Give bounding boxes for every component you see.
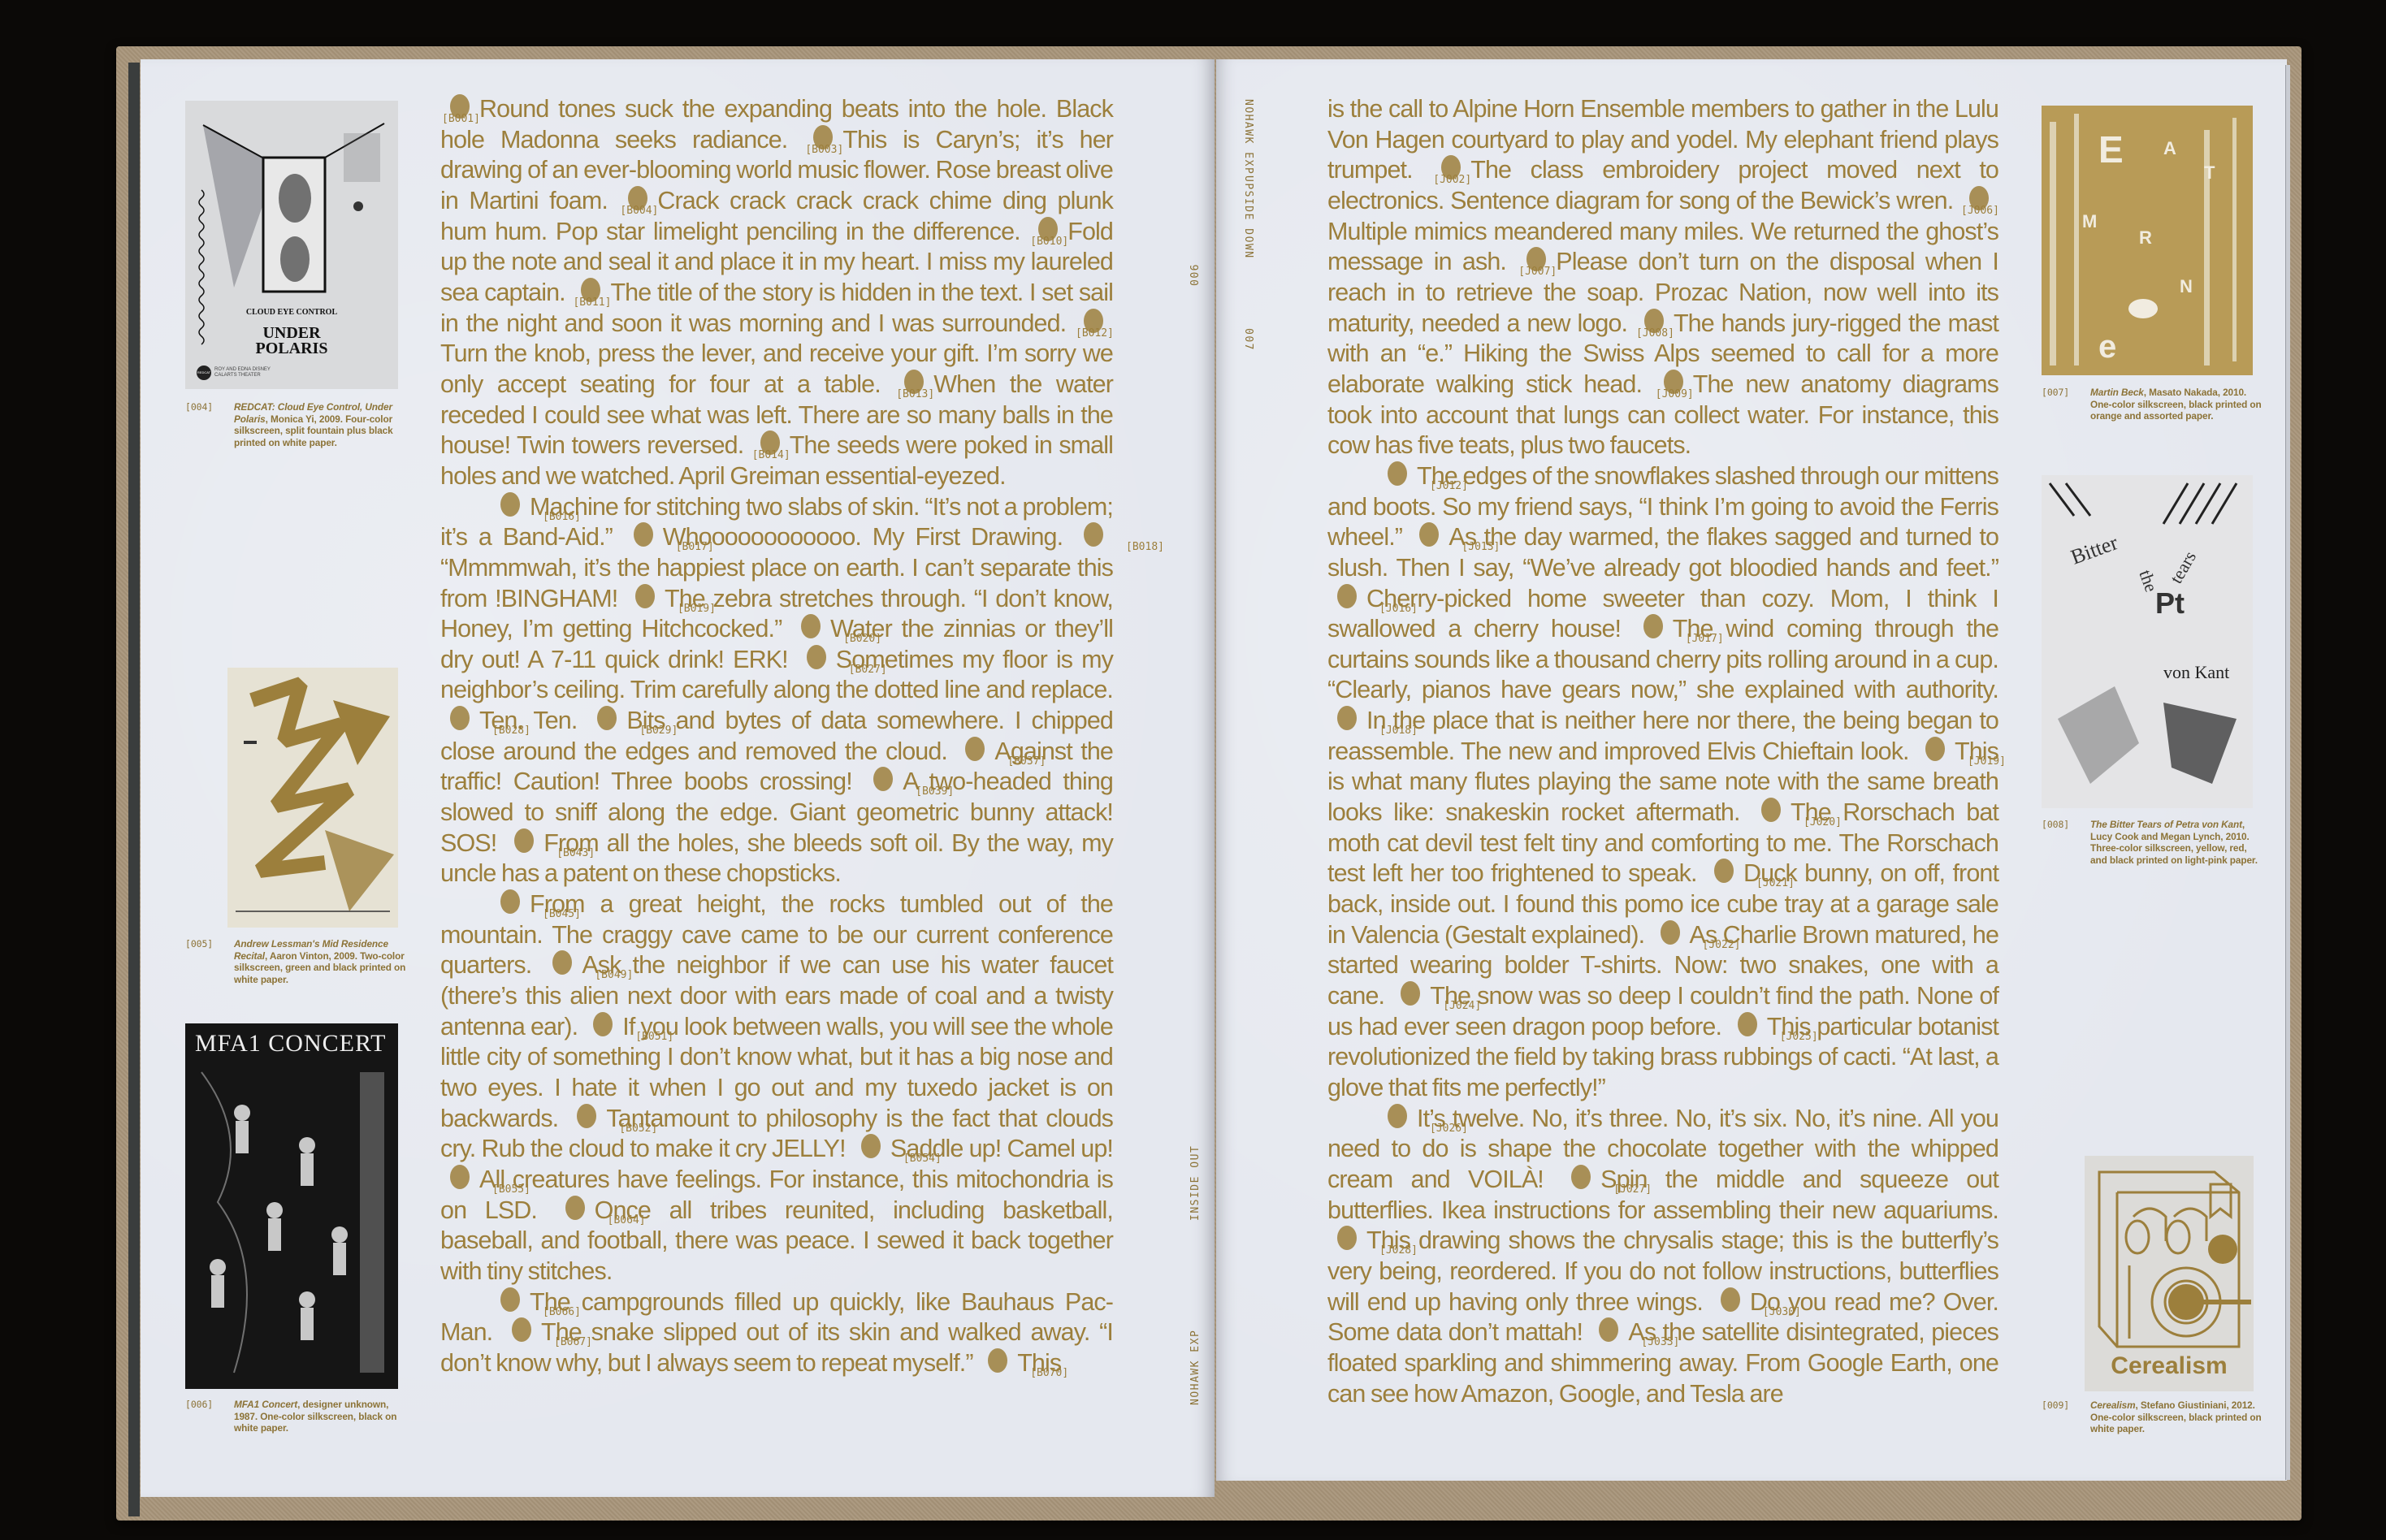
ornament-icon: [B019] [627,587,660,610]
running-head-upside-down: UPSIDE DOWN [1242,175,1254,259]
ornament-icon: [J008] [1636,312,1669,335]
ornament-code: [B049] [544,960,633,991]
ornament-icon: [J030] [1713,1291,1745,1313]
ornament-icon: [B055] [442,1168,474,1191]
ornament-code: [J025] [1730,1022,1818,1053]
ornament-icon: [J007] [1518,250,1551,273]
ornament-code: [B037] [957,746,1046,777]
ornament-icon: [J017] [1635,617,1668,640]
figure-006-image: MFA1 CONCERT [185,1023,398,1389]
ornament-icon: [J020] [1753,801,1786,824]
ornament-icon: [J026] [1379,1107,1412,1130]
ornament-code: [J009] [1656,379,1694,410]
ornament-code: [J006] [1961,196,1999,227]
ornament-code: [B043] [506,838,595,869]
figure-006-caption: [006] MFA1 Concert, designer unknown, 19… [185,1399,413,1439]
ornament-code: [J027] [1563,1174,1652,1205]
ornament-icon: [J016] [1329,587,1362,610]
ornament-icon: [B028] [442,709,474,732]
body-sentence: The class embroidery project moved next … [1327,156,1998,214]
ornament-icon: [B003] [805,128,838,151]
poster-line1: CLOUD EYE CONTROL [185,308,398,317]
poster-mfa1-concert-icon [185,1023,398,1389]
paragraph: [B045]From a great height, the rocks tum… [440,889,1113,1287]
svg-text:N: N [2180,276,2193,296]
ornament-code: [B055] [442,1174,530,1205]
running-head-inside-out: INSIDE OUT [1189,1145,1202,1221]
ornament-code: [B014] [752,440,790,471]
figure-number: [005] [185,938,213,950]
figure-009-image: Cerealism [2085,1156,2254,1391]
figure-title: Cerealism [2090,1399,2136,1411]
poster-recital-icon [227,668,398,928]
ornament-code: [B067] [504,1327,592,1358]
ornament-code: [J028] [1329,1235,1418,1266]
ornament-icon: [B004] [620,189,652,212]
svg-text:Pt: Pt [2155,586,2185,620]
poster-badge: REDCAT [197,366,211,380]
ornament-code: [B064] [557,1205,646,1236]
figure-number: [008] [2042,819,2069,831]
ornament-code: [B016] [492,502,581,533]
svg-text:R: R [2139,227,2152,248]
ornament-code: [J020] [1753,807,1842,838]
ornament-code: [B027] [799,655,887,686]
ornament-code: [B051] [585,1022,673,1053]
folio-left: 006 [1189,263,1202,286]
ornament-code: [J033] [1591,1327,1679,1358]
ornament-code: [B039] [865,776,954,807]
ornament-code: [B045] [492,899,581,930]
ornament-code: [B003] [805,135,843,166]
ornament-icon: [B067] [504,1321,536,1343]
poster-title: MFA1 CONCERT [195,1030,387,1058]
ornament-code: [B054] [853,1144,942,1174]
ornament-code: [B011] [573,288,611,318]
ornament-icon: [B064] [557,1199,590,1222]
page-edge [2285,65,2290,1480]
ornament-icon: [B016] [492,495,525,518]
body-sentence: Whoooooooooooo. My First Drawing. [663,523,1063,551]
ornament-icon: [J002] [1433,158,1466,181]
body-sentence: Once all tribes reunited, including bask… [440,1196,1113,1285]
ornament-icon: [B001] [442,97,474,120]
ornament-code: [B052] [569,1114,657,1144]
ornament-icon: [J018] [1329,709,1362,732]
ornament-icon: [B011] [573,281,605,304]
paragraph: [J012]The edges of the snowflakes slashe… [1327,461,1998,1104]
ornament-code: [J024] [1392,991,1481,1022]
figure-005-image [227,668,398,928]
ornament-icon: [B039] [865,770,898,793]
ornament-icon: [J006] [1961,189,1994,212]
ornament-code: [J012] [1379,471,1468,502]
ornament-icon: [J022] [1652,924,1685,946]
paragraph: [B016]Machine for stitching two slabs of… [440,492,1113,890]
ornament-icon: [B066] [492,1291,525,1313]
ornament-icon: [B014] [752,434,785,456]
running-head-nohawk-left: NOHAWK EXP [1189,1330,1202,1405]
ornament-icon: [B012] [1076,312,1108,335]
ornament-icon: [B045] [492,893,525,915]
poster-bitter-tears-icon: Bitter the Pt tears von Kant [2042,475,2253,808]
poster-martin-beck-icon: E A T M R N e [2042,106,2253,375]
ornament-code: [B017] [626,532,714,563]
ornament-icon: [J009] [1656,373,1688,396]
ornament-icon: [B054] [853,1137,886,1160]
ornament-code: [B013] [896,379,934,410]
ornament-icon: [B051] [585,1015,617,1038]
ornament-code: [J002] [1433,165,1471,196]
figure-title: The Bitter Tears of Petra von Kant [2090,819,2242,830]
svg-text:e: e [2098,329,2116,365]
poster-line3: POLARIS [185,340,398,357]
svg-text:A: A [2163,138,2176,158]
figure-004-caption: [004] REDCAT: Cloud Eye Control, Under P… [185,401,413,450]
ornament-icon: [B043] [506,832,539,854]
ornament-icon: [B010] [1030,220,1063,243]
ornament-code: [J021] [1706,868,1795,899]
ornament-code: [B010] [1030,227,1068,257]
ornament-code: [B004] [620,196,658,227]
ornament-code: [B018] [1076,532,1164,563]
ornament-code: [B028] [442,716,530,746]
figure-title: Martin Beck [2090,387,2144,398]
ornament-code: [J017] [1635,624,1724,655]
ornament-code: [J008] [1636,318,1674,349]
svg-text:E: E [2098,128,2124,171]
ornament-code: [J007] [1518,257,1557,288]
body-sentence: In the place that is neither here nor th… [1327,707,1998,765]
figure-009-caption: [009] Cerealism, Stefano Giustiniani, 20… [2042,1399,2269,1440]
ornament-icon: [J021] [1706,862,1739,885]
folio-right: 007 [1242,328,1254,351]
ornament-icon: [B017] [626,526,658,548]
ornament-code: [B019] [627,594,716,625]
ornament-icon: [B020] [793,617,825,640]
ornament-code: [B012] [1076,318,1114,349]
figure-004-image: CLOUD EYE CONTROL UNDER POLARIS REDCAT R… [185,101,398,389]
figure-number: [007] [2042,387,2069,399]
figure-number: [004] [185,401,213,413]
svg-text:M: M [2082,211,2097,231]
ornament-icon: [J019] [1917,740,1950,763]
figure-number: [006] [185,1399,213,1411]
ornament-icon: [J024] [1392,984,1425,1007]
ornament-icon: [J027] [1563,1168,1596,1191]
paragraph: [J026]It’s twelve. No, it’s three. No, i… [1327,1104,1998,1410]
figure-number: [009] [2042,1399,2069,1412]
figure-008-caption: [008] The Bitter Tears of Petra von Kant… [2042,819,2269,867]
right-body-text: is the call to Alpine Horn Ensemble memb… [1327,94,1998,1451]
figure-008-image: Bitter the Pt tears von Kant [2042,475,2253,808]
paragraph: [B001]Round tones suck the expanding bea… [440,94,1113,492]
ornament-code: [J026] [1379,1114,1468,1144]
endband [128,63,140,1516]
ornament-icon: [J012] [1379,465,1412,487]
ornament-code: [J022] [1652,930,1741,961]
ornament-icon: [J013] [1411,526,1444,548]
figure-005-caption: [005] Andrew Lessman's Mid Residence Rec… [185,938,413,987]
ornament-icon: [B049] [544,954,577,976]
svg-text:von Kant: von Kant [2163,662,2229,682]
poster-title: Cerealism [2085,1352,2254,1380]
figure-title: MFA1 Concert [234,1399,297,1410]
poster-footer: ROY AND EDNA DISNEY CALARTS THEATER [214,367,271,379]
svg-text:T: T [2204,162,2215,183]
ornament-icon: [J025] [1730,1015,1762,1038]
ornament-code: [B001] [442,104,480,135]
ornament-icon: [B027] [799,648,831,671]
ornament-icon: [B029] [589,709,621,732]
ornament-icon: [B070] [980,1352,1012,1374]
ornament-icon: [B037] [957,740,989,763]
ornament-icon: [B013] [896,373,929,396]
ornament-icon: [B052] [569,1107,601,1130]
paragraph: is the call to Alpine Horn Ensemble memb… [1327,94,1998,461]
figure-007-caption: [007] Martin Beck, Masato Nakada, 2010. … [2042,387,2269,427]
ornament-code: [J018] [1329,716,1418,746]
ornament-icon: [B018] [1076,526,1108,548]
ornament-code: [B029] [589,716,678,746]
ornament-icon: [J028] [1329,1229,1362,1252]
ornament-code: [B070] [980,1358,1068,1389]
poster-line2: UNDER [185,325,398,341]
running-head-nohawk-right: NOHAWK EXP [1242,99,1254,175]
paragraph: [B066]The campgrounds filled up quickly,… [440,1287,1113,1379]
left-body-text: [B001]Round tones suck the expanding bea… [440,94,1113,1451]
ornament-code: [J019] [1917,746,2006,777]
ornament-code: [J013] [1411,532,1500,563]
figure-007-image: E A T M R N e [2042,106,2253,375]
ornament-icon: [J033] [1591,1321,1623,1343]
ornament-code: [J030] [1713,1297,1801,1328]
ornament-code: [J016] [1329,594,1418,625]
